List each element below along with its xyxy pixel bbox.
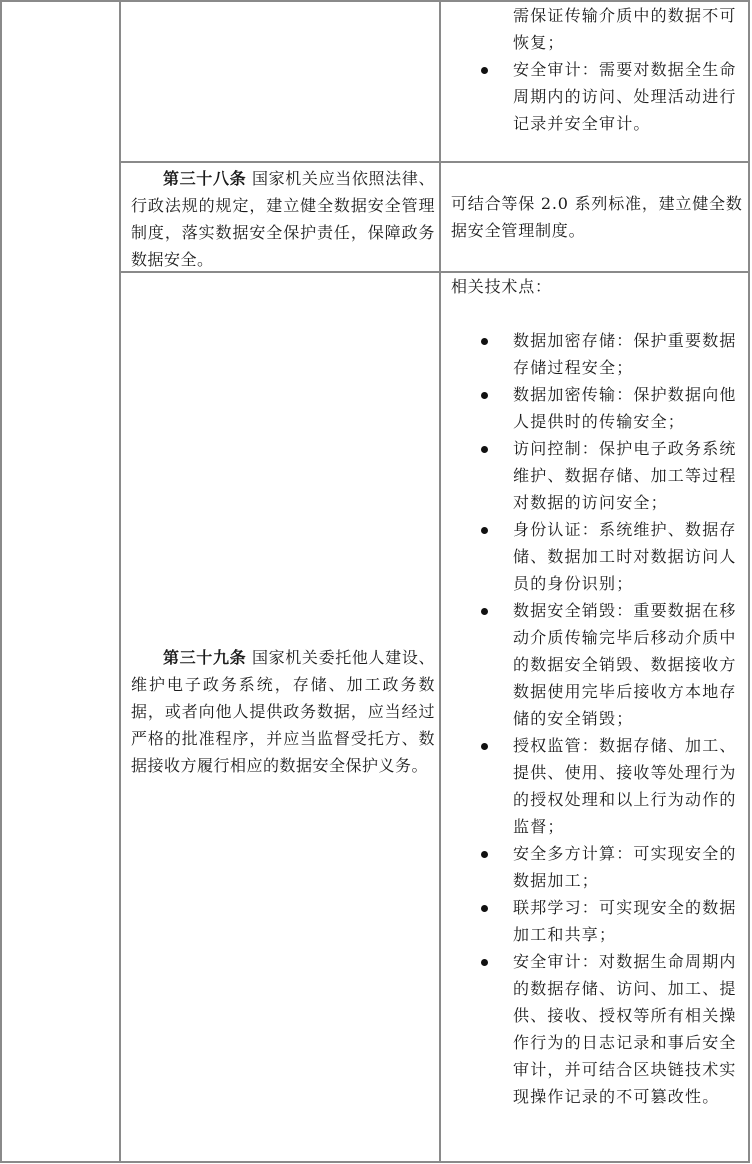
article-38-number: 第三十八条 <box>163 169 246 188</box>
bullet-icon <box>481 527 488 534</box>
bullet-icon <box>481 608 488 615</box>
bullet-text: 安全多方计算：可实现安全的数据加工； <box>513 844 737 890</box>
bullet-icon <box>481 446 488 453</box>
bullet-icon <box>481 743 488 750</box>
bullet-item: 访问控制：保护电子政务系统维护、数据存储、加工等过程对数据的访问安全； <box>441 435 745 516</box>
bullet-icon <box>481 959 488 966</box>
bullet-text: 访问控制：保护电子政务系统维护、数据存储、加工等过程对数据的访问安全； <box>513 439 737 512</box>
bullet-item: 数据加密存储：保护重要数据存储过程安全； <box>441 327 745 381</box>
tech-points-list: 数据加密存储：保护重要数据存储过程安全； 数据加密传输：保护数据向他人提供时的传… <box>441 327 745 1110</box>
article-38-notes-cell: 可结合等保 2.0 系列标准，建立健全数据安全管理制度。 <box>441 163 749 271</box>
article-39-notes-cell: 相关技术点： 数据加密存储：保护重要数据存储过程安全； 数据加密传输：保护数据向… <box>441 273 749 1163</box>
bullet-text: 数据加密传输：保护数据向他人提供时的传输安全； <box>513 385 737 431</box>
bullet-item: 安全审计：对数据生命周期内的数据存储、访问、加工、提供、接收、授权等所有相关操作… <box>441 948 745 1110</box>
bullet-text: 数据加密存储：保护重要数据存储过程安全； <box>513 331 737 377</box>
continued-bullet: 需保证传输介质中的数据不可恢复； <box>441 2 749 56</box>
bullet-item: 安全多方计算：可实现安全的数据加工； <box>441 840 745 894</box>
article-39-number: 第三十九条 <box>163 648 246 667</box>
bullet-item: 安全审计：需要对数据全生命周期内的访问、处理活动进行记录并安全审计。 <box>441 56 749 137</box>
bullet-item: 数据安全销毁：重要数据在移动介质传输完毕后移动介质中的数据安全销毁、数据接收方数… <box>441 597 745 732</box>
tech-points-heading: 相关技术点： <box>451 273 745 300</box>
bullet-text: 安全审计：需要对数据全生命周期内的访问、处理活动进行记录并安全审计。 <box>513 60 737 133</box>
article-38-paragraph: 第三十八条 国家机关应当依照法律、行政法规的规定，建立健全数据安全管理制度，落实… <box>131 165 435 273</box>
article-38-cell: 第三十八条 国家机关应当依照法律、行政法规的规定，建立健全数据安全管理制度，落实… <box>121 163 439 271</box>
bullet-text: 数据安全销毁：重要数据在移动介质传输完毕后移动介质中的数据安全销毁、数据接收方数… <box>513 601 737 728</box>
bullet-item: 数据加密传输：保护数据向他人提供时的传输安全； <box>441 381 745 435</box>
bullet-item: 身份认证：系统维护、数据存储、数据加工时对数据访问人员的身份识别； <box>441 516 745 597</box>
bullet-text: 身份认证：系统维护、数据存储、数据加工时对数据访问人员的身份识别； <box>513 520 737 593</box>
row1-right-cell: 需保证传输介质中的数据不可恢复； 安全审计：需要对数据全生命周期内的访问、处理活… <box>441 2 749 161</box>
bullet-icon <box>481 851 488 858</box>
bullet-text: 授权监管：数据存储、加工、提供、使用、接收等处理行为的授权处理和以上行为动作的监… <box>513 736 737 836</box>
bullet-icon <box>481 67 488 74</box>
bullet-text: 联邦学习：可实现安全的数据加工和共享； <box>513 898 737 944</box>
bullet-item: 授权监管：数据存储、加工、提供、使用、接收等处理行为的授权处理和以上行为动作的监… <box>441 732 745 840</box>
article-38-note: 可结合等保 2.0 系列标准，建立健全数据安全管理制度。 <box>451 190 745 244</box>
bullet-item: 联邦学习：可实现安全的数据加工和共享； <box>441 894 745 948</box>
bullet-icon <box>481 905 488 912</box>
article-39-cell: 第三十九条 国家机关委托他人建设、维护电子政务系统，存储、加工政务数据，或者向他… <box>121 273 439 1163</box>
continued-text: 需保证传输介质中的数据不可恢复； <box>513 6 737 52</box>
bullet-text: 安全审计：对数据生命周期内的数据存储、访问、加工、提供、接收、授权等所有相关操作… <box>513 952 737 1106</box>
regulation-table: 需保证传输介质中的数据不可恢复； 安全审计：需要对数据全生命周期内的访问、处理活… <box>0 0 750 1163</box>
bullet-icon <box>481 338 488 345</box>
bullet-icon <box>481 392 488 399</box>
article-39-paragraph: 第三十九条 国家机关委托他人建设、维护电子政务系统，存储、加工政务数据，或者向他… <box>131 644 435 779</box>
